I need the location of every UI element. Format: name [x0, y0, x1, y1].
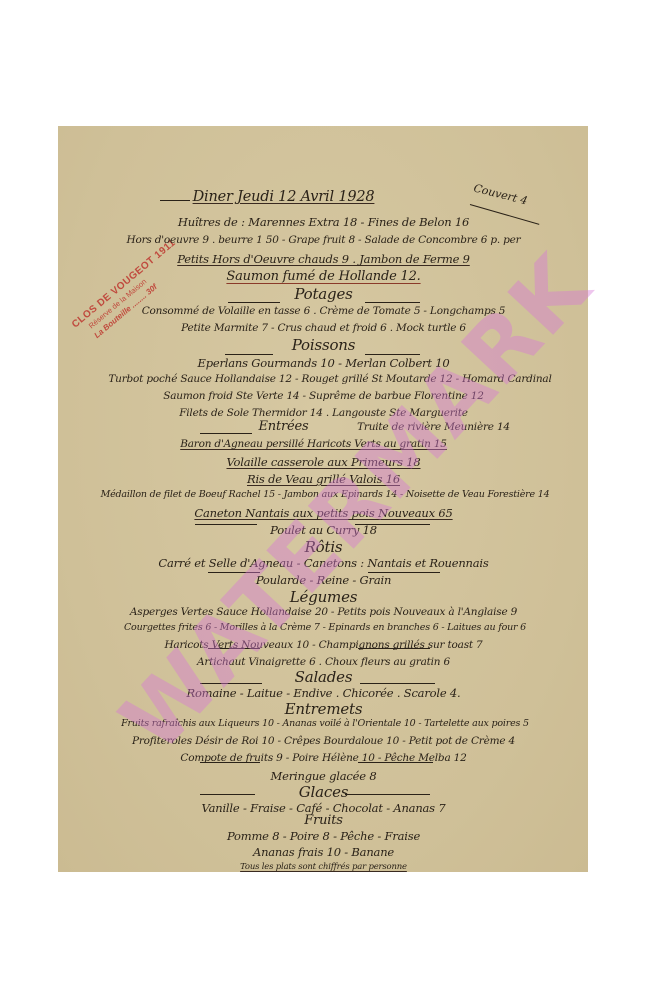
menu-line: Turbot poché Sauce Hollandaise 12 - Roug… [30, 373, 630, 385]
title-text: Diner Jeudi 12 Avril 1928 [193, 189, 375, 205]
divider [200, 683, 262, 684]
menu-line: Carré et Selle d'Agneau - Canetons : Nan… [0, 556, 647, 570]
menu-line: Compote de fruits 9 - Poire Hélène 10 - … [0, 752, 647, 764]
divider [345, 794, 430, 795]
menu-line: Poularde - Reine - Grain [0, 573, 647, 587]
menu-line: Caneton Nantais aux petits pois Nouveaux… [0, 506, 647, 520]
menu-line: Romaine - Laitue - Endive . Chicorée . S… [0, 686, 647, 700]
menu-line: Ananas frais 10 - Banane [0, 845, 647, 859]
divider [355, 524, 430, 525]
divider [160, 200, 190, 201]
menu-line: Médaillon de filet de Boeuf Rachel 15 - … [20, 489, 630, 500]
menu-line: Pomme 8 - Poire 8 - Pêche - Fraise [0, 829, 647, 843]
section-title-fruits: Fruits [0, 813, 647, 828]
menu-line: Baron d'Agneau persillé Haricots Verts a… [0, 438, 637, 450]
menu-line: Truite de rivière Meunière 14 [110, 421, 647, 433]
menu-line: Asperges Vertes Sauce Hollandaise 20 - P… [0, 606, 647, 618]
section-title-potages: Potages [0, 285, 647, 303]
menu-line: Profiteroles Désir de Roi 10 - Crêpes Bo… [0, 735, 647, 747]
divider [200, 794, 255, 795]
divider [365, 354, 420, 355]
menu-line: Volaille casserole aux Primeurs 18 [0, 455, 647, 469]
divider [208, 648, 260, 649]
menu-line: Consommé de Volaille en tasse 6 . Crème … [0, 305, 647, 317]
menu-line: Meringue glacée 8 [0, 769, 647, 783]
divider [208, 572, 260, 573]
divider [360, 683, 435, 684]
menu-line: Courgettes frites 6 - Morilles à la Crèm… [20, 622, 630, 633]
section-title-glaces: Glaces [0, 783, 647, 801]
menu-line: Artichaut Vinaigrette 6 . Choux fleurs a… [0, 656, 647, 668]
menu-line: Hors d'oeuvre 9 . beurre 1 50 - Grape fr… [0, 234, 647, 246]
section-title-poissons: Poissons [0, 336, 647, 354]
divider [200, 762, 260, 763]
menu-title: Diner Jeudi 12 Avril 1928 [0, 189, 607, 205]
menu-line: Eperlans Gourmands 10 - Merlan Colbert 1… [0, 356, 647, 370]
menu-line: Haricots Verts Nouveaux 10 - Champignons… [0, 639, 647, 651]
divider [225, 354, 273, 355]
divider [368, 572, 440, 573]
menu-line: Fruits rafraîchis aux Liqueurs 10 - Anan… [20, 718, 630, 729]
menu-line: Filets de Sole Thermidor 14 . Langouste … [0, 407, 647, 419]
section-title-salades: Salades [0, 668, 647, 686]
section-title-legumes: Légumes [0, 588, 647, 606]
section-title-entremets: Entremets [0, 700, 647, 718]
menu-line: Petite Marmite 7 - Crus chaud et froid 6… [0, 322, 647, 334]
divider [195, 524, 257, 525]
menu-line: Huîtres de : Marennes Extra 18 - Fines d… [0, 215, 647, 229]
divider [358, 762, 433, 763]
menu-line: Ris de Veau grillé Valois 16 [0, 472, 647, 486]
footer-note: Tous les plats sont chiffrés par personn… [0, 862, 647, 872]
menu-line: Poulet au Curry 18 [0, 523, 647, 537]
menu-line: Saumon fumé de Hollande 12. [0, 269, 647, 284]
menu-line: Saumon froid Ste Verte 14 - Suprême de b… [0, 390, 647, 402]
section-title-rotis: Rôtis [0, 538, 647, 556]
divider [358, 648, 430, 649]
menu-line: Petits Hors d'Oeuvre chauds 9 . Jambon d… [0, 252, 647, 266]
divider [365, 302, 420, 303]
